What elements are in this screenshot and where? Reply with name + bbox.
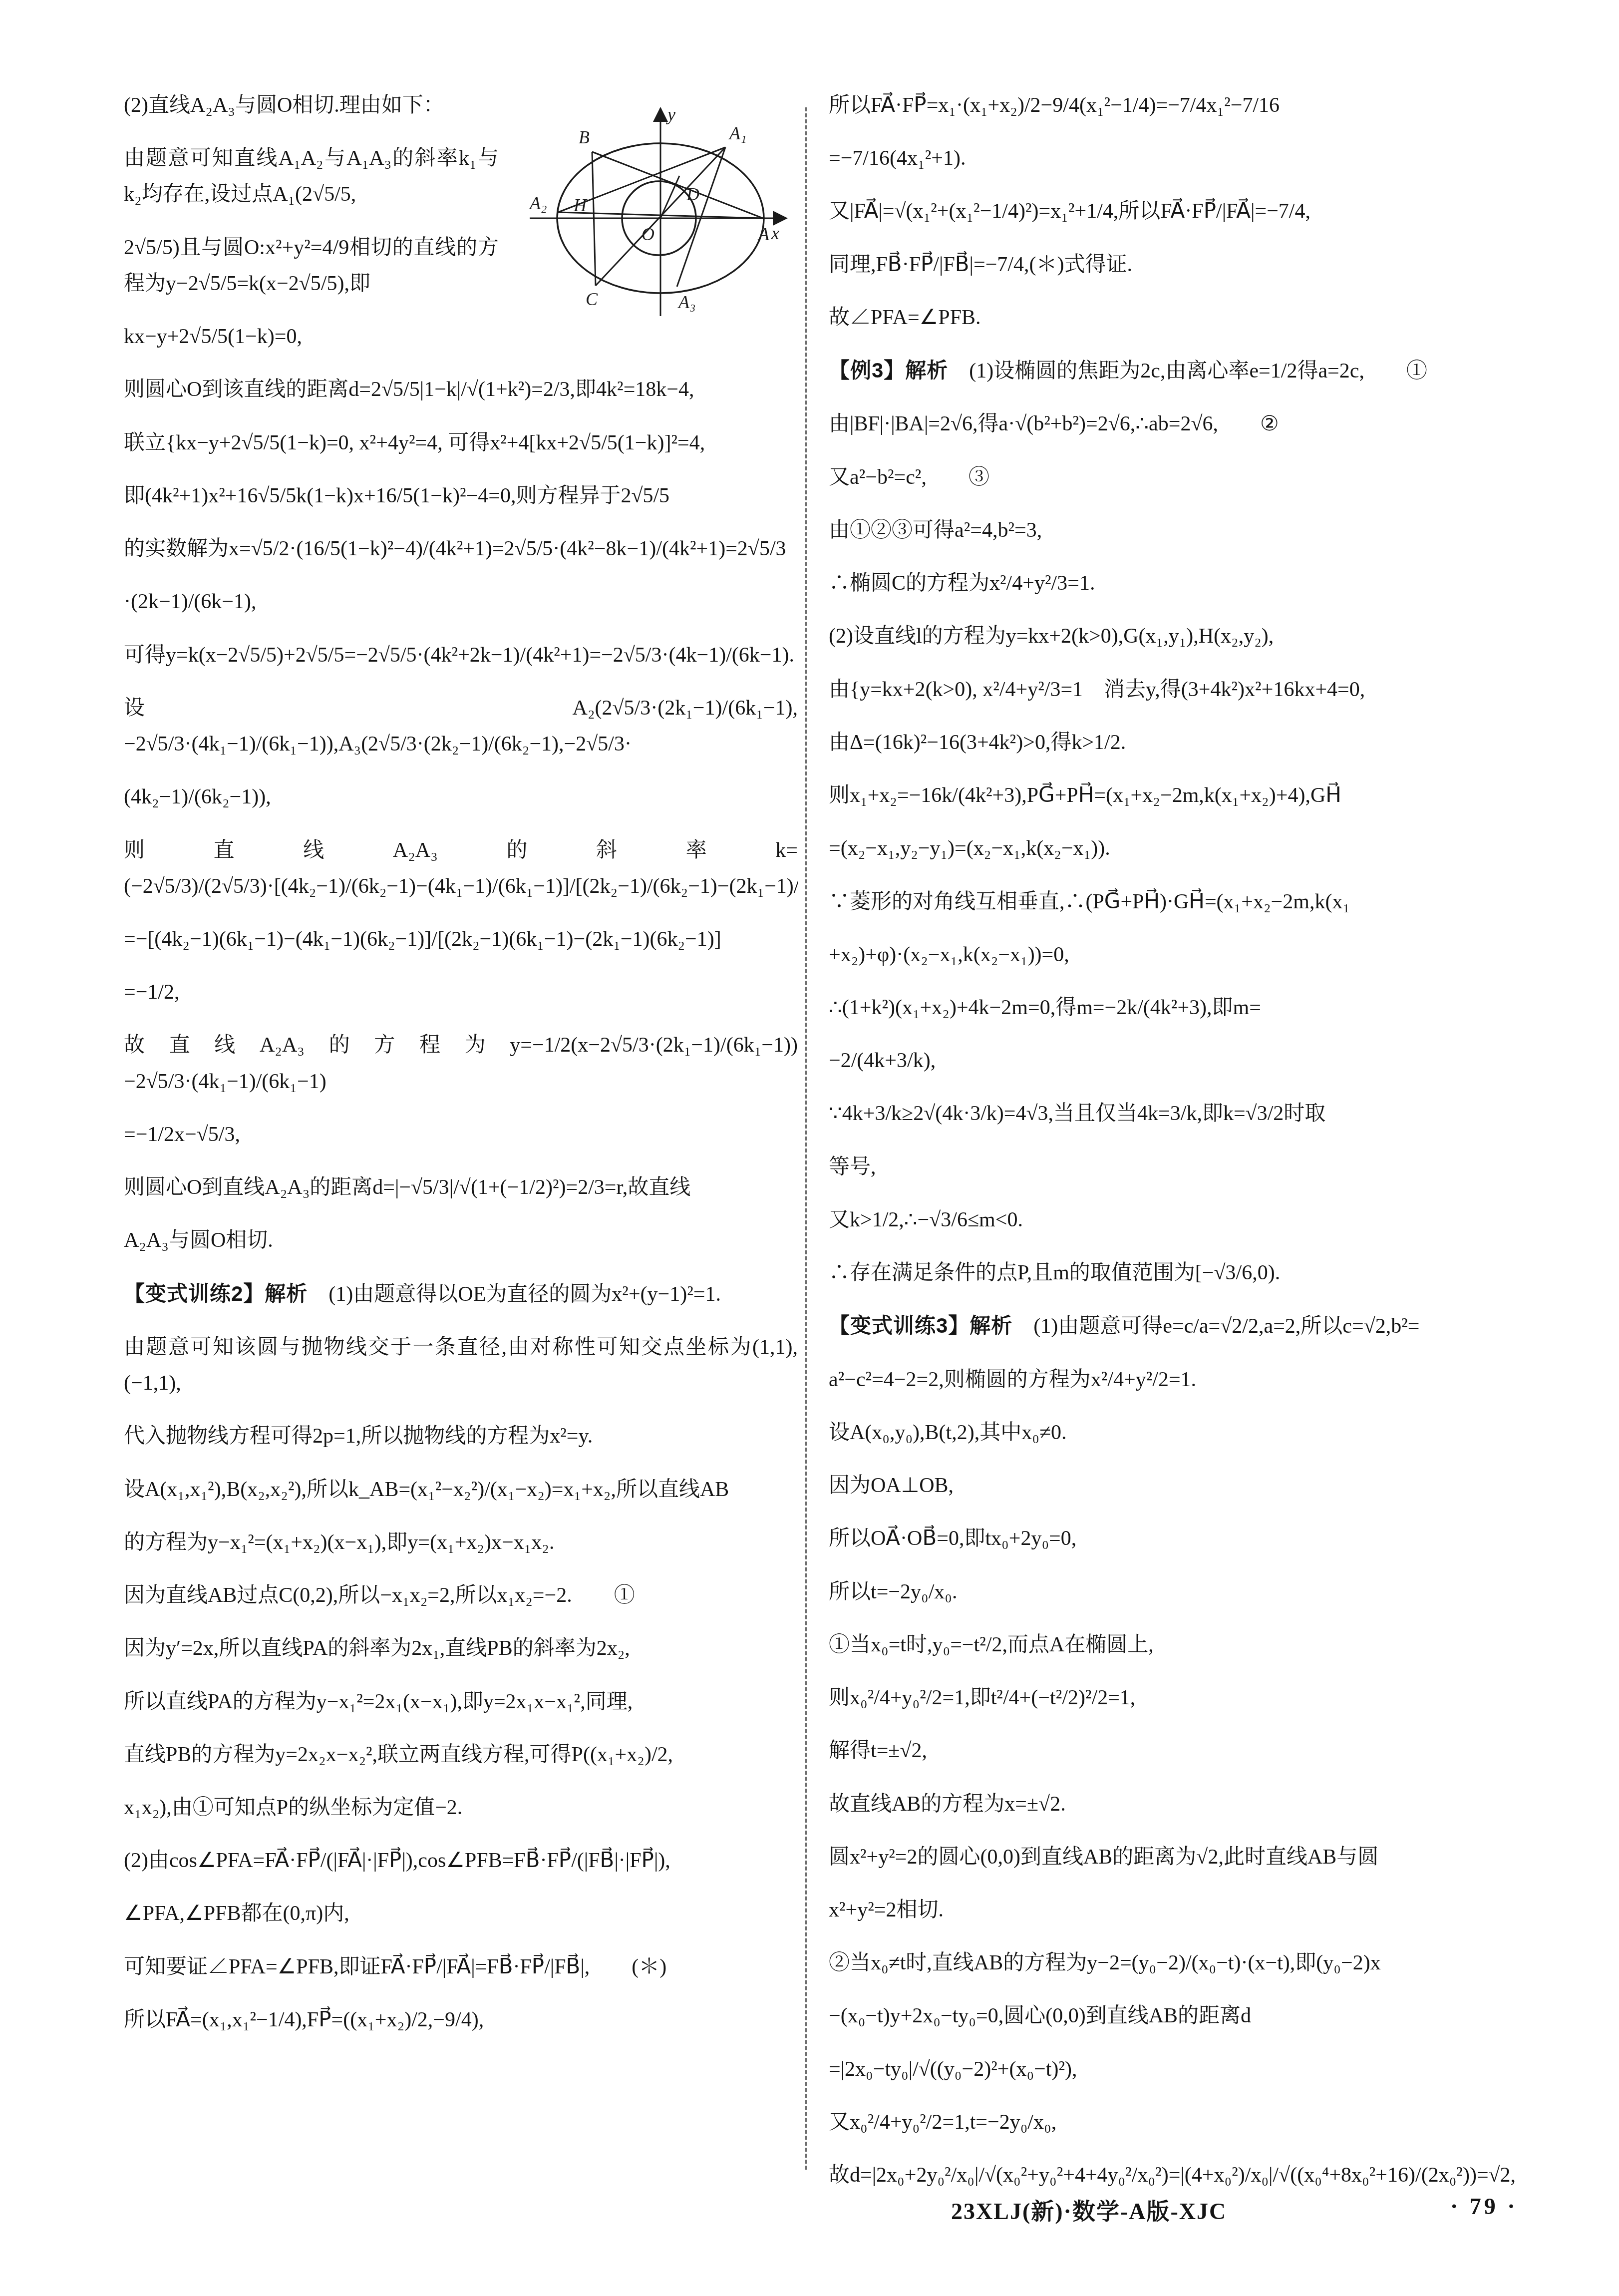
math-line: 故直线A₂A₃的方程为y=−1/2(x−2√5/3·(2k₁−1)/(6k₁−1… bbox=[124, 1027, 798, 1099]
math-line: 所以OA⃗·OB⃗=0,即tx₀+2y₀=0, bbox=[829, 1521, 1518, 1556]
math-line: 又a²−b²=c², ③ bbox=[829, 459, 1518, 495]
math-line: 圆x²+y²=2的圆心(0,0)到直线AB的距离为√2,此时直线AB与圆 bbox=[829, 1839, 1518, 1875]
math-line: =−1/2, bbox=[124, 974, 798, 1010]
math-line: −2/(4k+3/k), bbox=[829, 1043, 1518, 1079]
math-line: 所以t=−2y₀/x₀. bbox=[829, 1574, 1518, 1610]
math-line: (2)由cos∠PFA=FA⃗·FP⃗/(|FA⃗|·|FP⃗|),cos∠PF… bbox=[124, 1843, 798, 1879]
math-line: 则圆心O到该直线的距离d=2√5/5|1−k|/√(1+k²)=2/3,即4k²… bbox=[124, 372, 798, 407]
math-line: 【例3】解析 (1)设椭圆的焦距为2c,由离心率e=1/2得a=2c, ① bbox=[829, 353, 1518, 389]
math-line: 则直线A₂A₃的斜率k=(−2√5/3)/(2√5/3)·[(4k₂−1)/(6… bbox=[124, 832, 798, 904]
section-header: 【例3】解析 bbox=[829, 359, 948, 382]
label-x: x bbox=[771, 223, 779, 243]
math-line: 故∠PFA=∠PFB. bbox=[829, 300, 1518, 336]
math-line: 联立{kx−y+2√5/5(1−k)=0, x²+4y²=4, 可得x²+4[k… bbox=[124, 425, 798, 461]
math-line: ·(2k−1)/(6k−1), bbox=[124, 584, 798, 620]
math-line: +x₂)+φ)·(x₂−x₁,k(x₂−x₁))=0, bbox=[829, 937, 1518, 973]
math-line: 所以FA⃗=(x₁,x₁²−1/4),FP⃗=((x₁+x₂)/2,−9/4), bbox=[124, 2002, 798, 2038]
math-line: 则圆心O到直线A₂A₃的距离d=|−√5/3|/√(1+(−1/2)²)=2/3… bbox=[124, 1169, 798, 1205]
math-line: 又x₀²/4+y₀²/2=1,t=−2y₀/x₀, bbox=[829, 2104, 1518, 2140]
math-line: =−[(4k₂−1)(6k₁−1)−(4k₁−1)(6k₂−1)]/[(2k₂−… bbox=[124, 921, 798, 957]
section-header: 【变式训练2】解析 bbox=[124, 1282, 308, 1305]
math-line: =−7/16(4x₁²+1). bbox=[829, 140, 1518, 176]
label-H: H bbox=[573, 195, 588, 215]
math-line: 同理,FB⃗·FP⃗/|FB⃗|=−7/4,(＊)式得证. bbox=[829, 247, 1518, 283]
math-line: 可得y=k(x−2√5/5)+2√5/5=−2√5/5·(4k²+2k−1)/(… bbox=[124, 637, 798, 673]
math-line: 又|FA⃗|=√(x₁²+(x₁²−1/4)²)=x₁²+1/4,所以FA⃗·F… bbox=[829, 193, 1518, 229]
math-line: ∠PFA,∠PFB都在(0,π)内, bbox=[124, 1896, 798, 1931]
math-line: 故直线AB的方程为x=±√2. bbox=[829, 1786, 1518, 1822]
math-line: 则x₀²/4+y₀²/2=1,即t²/4+(−t²/2)²/2=1, bbox=[829, 1680, 1518, 1716]
math-line: 的实数解为x=√5/2·(16/5(1−k)²−4)/(4k²+1)=2√5/5… bbox=[124, 531, 798, 567]
math-line: 又k>1/2,∴−√3/6≤m<0. bbox=[829, 1202, 1518, 1238]
edition-label: 23XLJ(新)·数学-A版-XJC bbox=[951, 2193, 1227, 2226]
page-number: · 79 · bbox=[1450, 2193, 1518, 2220]
label-C: C bbox=[586, 289, 598, 309]
ellipse-circle-figure: y x B A₁ A₂ H D O A C A₃ bbox=[511, 87, 798, 325]
math-line: =(x₂−x₁,y₂−y₁)=(x₂−x₁,k(x₂−x₁)). bbox=[829, 830, 1518, 866]
math-line: 【变式训练3】解析 (1)由题意可得e=c/a=√2/2,a=2,所以c=√2,… bbox=[829, 1308, 1518, 1344]
math-line: 代入抛物线方程可得2p=1,所以抛物线的方程为x²=y. bbox=[124, 1418, 798, 1454]
math-line: 的方程为y−x₁²=(x₁+x₂)(x−x₁),即y=(x₁+x₂)x−x₁x₂… bbox=[124, 1525, 798, 1560]
math-line: ∵菱形的对角线互相垂直,∴(PG⃗+PH⃗)·GH⃗=(x₁+x₂−2m,k(x… bbox=[829, 884, 1518, 920]
math-line: x₁x₂),由①可知点P的纵坐标为定值−2. bbox=[124, 1790, 798, 1826]
left-column: y x B A₁ A₂ H D O A C A₃ (2)直线A₂A₃与圆O相切.… bbox=[124, 87, 798, 2215]
label-A2: A₂ bbox=[529, 193, 547, 213]
math-line: 设A(x₀,y₀),B(t,2),其中x₀≠0. bbox=[829, 1415, 1518, 1451]
math-line: 故d=|2x₀+2y₀²/x₀|/√(x₀²+y₀²+4+4y₀²/x₀²)=|… bbox=[829, 2157, 1518, 2193]
math-line: 设A(x₁,x₁²),B(x₂,x₂²),所以k_AB=(x₁²−x₂²)/(x… bbox=[124, 1472, 798, 1508]
label-y: y bbox=[666, 104, 675, 124]
label-O: O bbox=[642, 224, 654, 244]
math-line: 由①②③可得a²=4,b²=3, bbox=[829, 512, 1518, 548]
math-line: ∴椭圆C的方程为x²/4+y²/3=1. bbox=[829, 565, 1518, 601]
left-paragraphs: (2)直线A₂A₃与圆O相切.理由如下：由题意可知直线A₁A₂与A₁A₃的斜率k… bbox=[124, 87, 798, 2038]
math-line: =−1/2x−√5/3, bbox=[124, 1117, 798, 1152]
math-line: ①当x₀=t时,y₀=−t²/2,而点A在椭圆上, bbox=[829, 1627, 1518, 1663]
math-line: 所以FA⃗·FP⃗=x₁·(x₁+x₂)/2−9/4(x₁²−1/4)=−7/4… bbox=[829, 87, 1518, 123]
right-column: 所以FA⃗·FP⃗=x₁·(x₁+x₂)/2−9/4(x₁²−1/4)=−7/4… bbox=[829, 87, 1518, 2215]
math-line: ②当x₀≠t时,直线AB的方程为y−2=(y₀−2)/(x₀−t)·(x−t),… bbox=[829, 1945, 1518, 1981]
math-line: 因为y′=2x,所以直线PA的斜率为2x₁,直线PB的斜率为2x₂, bbox=[124, 1630, 798, 1666]
math-line: 因为直线AB过点C(0,2),所以−x₁x₂=2,所以x₁x₂=−2. ① bbox=[124, 1577, 798, 1613]
math-line: 即(4k²+1)x²+16√5/5k(1−k)x+16/5(1−k)²−4=0,… bbox=[124, 478, 798, 514]
right-paragraphs: 所以FA⃗·FP⃗=x₁·(x₁+x₂)/2−9/4(x₁²−1/4)=−7/4… bbox=[829, 87, 1518, 2193]
math-line: 设A₂(2√5/3·(2k₁−1)/(6k₁−1),−2√5/3·(4k₁−1)… bbox=[124, 690, 798, 762]
math-line: a²−c²=4−2=2,则椭圆的方程为x²/4+y²/2=1. bbox=[829, 1362, 1518, 1398]
math-line: 可知要证∠PFA=∠PFB,即证FA⃗·FP⃗/|FA⃗|=FB⃗·FP⃗/|F… bbox=[124, 1949, 798, 1985]
math-line: ∴(1+k²)(x₁+x₂)+4k−2m=0,得m=−2k/(4k²+3),即m… bbox=[829, 990, 1518, 1026]
math-line: −(x₀−t)y+2x₀−ty₀=0,圆心(0,0)到直线AB的距离d bbox=[829, 1998, 1518, 2034]
math-line: 由Δ=(16k)²−16(3+4k²)>0,得k>1/2. bbox=[829, 725, 1518, 761]
math-line: 由题意可知该圆与抛物线交于一条直径,由对称性可知交点坐标为(1,1),(−1,1… bbox=[124, 1329, 798, 1401]
math-line: 则x₁+x₂=−16k/(4k²+3),PG⃗+PH⃗=(x₁+x₂−2m,k(… bbox=[829, 777, 1518, 813]
label-D: D bbox=[686, 184, 699, 204]
section-header: 【变式训练3】解析 bbox=[829, 1314, 1012, 1337]
math-line: =|2x₀−ty₀|/√((y₀−2)²+(x₀−t)²), bbox=[829, 2051, 1518, 2087]
label-B: B bbox=[579, 127, 590, 147]
math-line: ∴存在满足条件的点P,且m的取值范围为[−√3/6,0). bbox=[829, 1255, 1518, 1291]
math-line: (4k₂−1)/(6k₂−1)), bbox=[124, 779, 798, 815]
math-line: 由{y=kx+2(k>0), x²/4+y²/3=1 消去y,得(3+4k²)x… bbox=[829, 672, 1518, 708]
math-line: x²+y²=2相切. bbox=[829, 1892, 1518, 1928]
math-line: 直线PB的方程为y=2x₂x−x₂²,联立两直线方程,可得P((x₁+x₂)/2… bbox=[124, 1737, 798, 1773]
math-line: 【变式训练2】解析 (1)由题意得以OE为直径的圆为x²+(y−1)²=1. bbox=[124, 1276, 798, 1312]
math-line: 等号, bbox=[829, 1149, 1518, 1185]
math-line: 由|BF|·|BA|=2√6,得a·√(b²+b²)=2√6,∴ab=2√6, … bbox=[829, 406, 1518, 442]
math-line: 解得t=±√2, bbox=[829, 1733, 1518, 1769]
math-line: 因为OA⊥OB, bbox=[829, 1468, 1518, 1504]
math-line: (2)设直线l的方程为y=kx+2(k>0),G(x₁,y₁),H(x₂,y₂)… bbox=[829, 618, 1518, 654]
workbook-page: y x B A₁ A₂ H D O A C A₃ (2)直线A₂A₃与圆O相切.… bbox=[0, 0, 1619, 2296]
chord-BA bbox=[592, 152, 763, 218]
label-A: A bbox=[757, 224, 770, 244]
page-footer: 23XLJ(新)·数学-A版-XJC · 79 · bbox=[0, 2193, 1619, 2228]
label-A1: A₁ bbox=[728, 123, 747, 143]
math-line: A₂A₃与圆O相切. bbox=[124, 1222, 798, 1258]
math-line: ∵4k+3/k≥2√(4k·3/k)=4√3,当且仅当4k=3/k,即k=√3/… bbox=[829, 1096, 1518, 1132]
label-A3: A₃ bbox=[677, 292, 696, 312]
column-divider bbox=[805, 107, 807, 2170]
math-line: 所以直线PA的方程为y−x₁²=2x₁(x−x₁),即y=2x₁x−x₁²,同理… bbox=[124, 1684, 798, 1720]
coordinate-figure-svg: y x B A₁ A₂ H D O A C A₃ bbox=[511, 87, 798, 325]
